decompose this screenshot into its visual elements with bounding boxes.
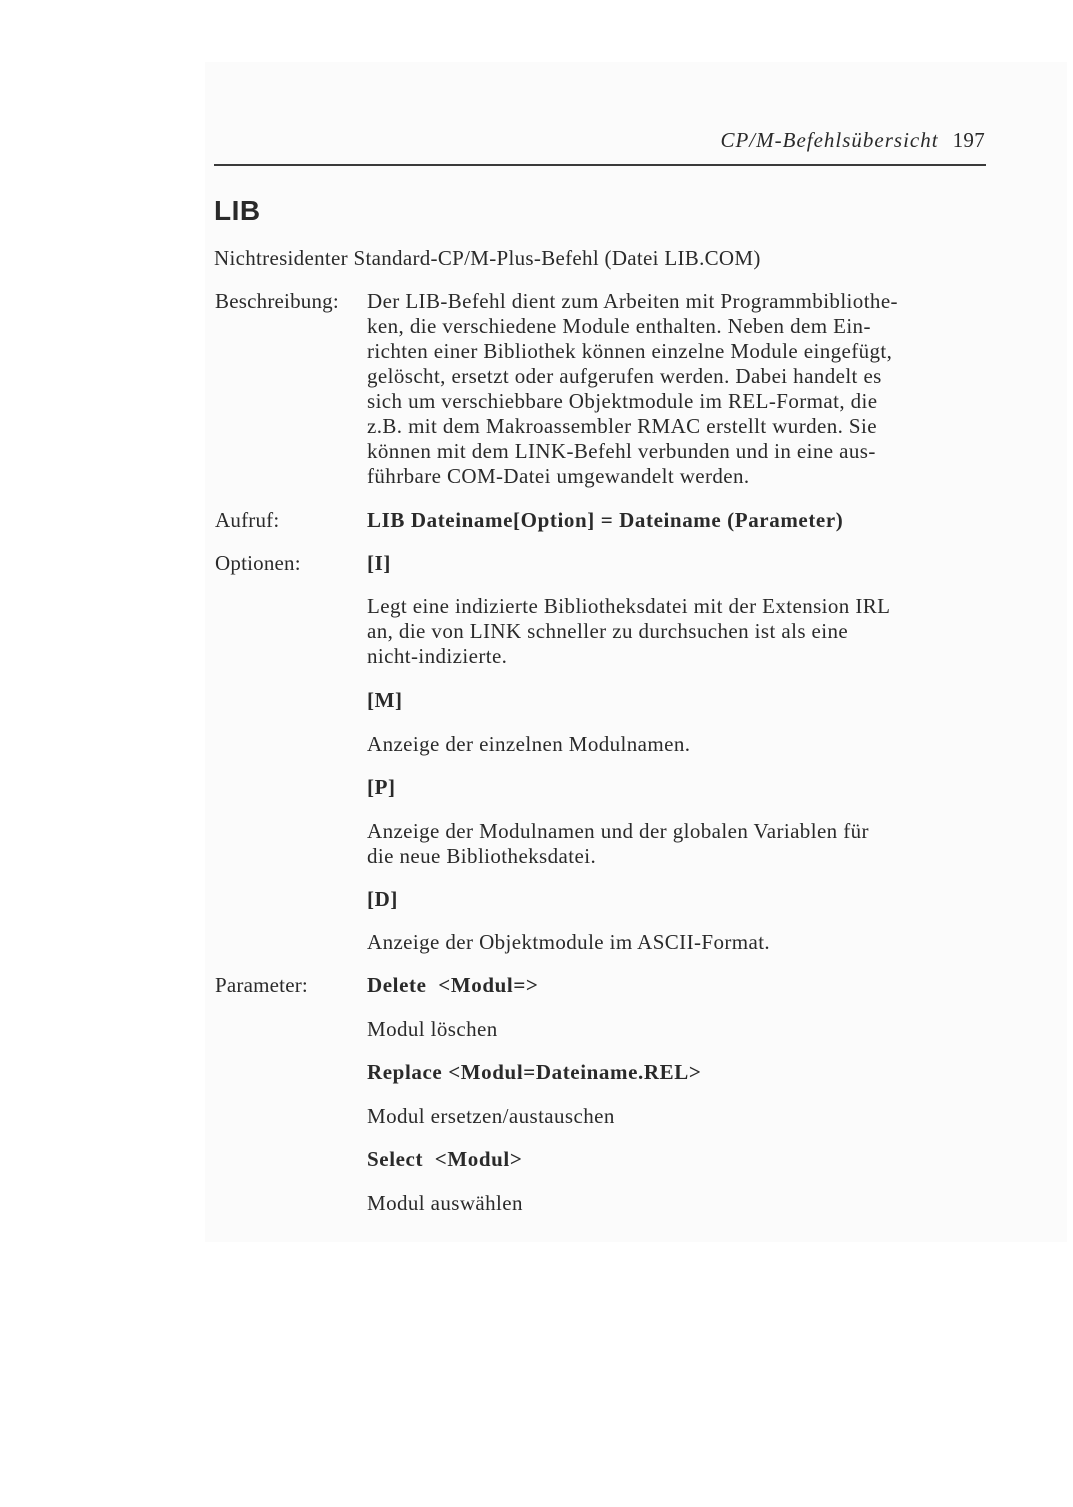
option-key-p: [P]	[367, 775, 985, 800]
description-line: führbare COM-Datei umgewandelt werden.	[367, 464, 985, 489]
running-header: CP/M-Befehlsübersicht197	[215, 128, 985, 158]
option-desc-line: Anzeige der Modulnamen und der globalen …	[367, 819, 985, 844]
option-desc-i: Legt eine indizierte Bibliotheksdatei mi…	[367, 594, 985, 669]
page-number: 197	[953, 128, 985, 152]
option-desc-m: Anzeige der einzelnen Modulnamen.	[367, 732, 985, 757]
option-key-d: [D]	[367, 887, 985, 912]
options-label: Optionen:	[215, 551, 301, 576]
running-title: CP/M-Befehlsübersicht	[720, 128, 938, 152]
description-line: sich um verschiebbare Objektmodule im RE…	[367, 389, 985, 414]
description-line: können mit dem LINK-Befehl verbunden und…	[367, 439, 985, 464]
option-key-i: [I]	[367, 551, 985, 576]
description-line: richten einer Bibliothek können einzelne…	[367, 339, 985, 364]
option-desc-p: Anzeige der Modulnamen und der globalen …	[367, 819, 985, 869]
description-label: Beschreibung:	[215, 289, 339, 314]
command-subtitle: Nichtresidenter Standard-CP/M-Plus-Befeh…	[214, 246, 761, 271]
header-rule	[214, 164, 986, 166]
option-desc-line: die neue Bibliotheksdatei.	[367, 844, 985, 869]
option-key-m: [M]	[367, 688, 985, 713]
param-key-delete: Delete <Modul=>	[367, 973, 985, 998]
description-line: Der LIB-Befehl dient zum Arbeiten mit Pr…	[367, 289, 985, 314]
param-desc-delete: Modul löschen	[367, 1017, 985, 1042]
param-key-select: Select <Modul>	[367, 1147, 985, 1172]
option-desc-line: Legt eine indizierte Bibliotheksdatei mi…	[367, 594, 985, 619]
option-desc-d: Anzeige der Objektmodule im ASCII-Format…	[367, 930, 985, 955]
param-desc-select: Modul auswählen	[367, 1191, 985, 1216]
option-desc-line: nicht-indizierte.	[367, 644, 985, 669]
command-title: LIB	[214, 195, 261, 227]
param-key-replace: Replace <Modul=Dateiname.REL>	[367, 1060, 985, 1085]
parameters-label: Parameter:	[215, 973, 308, 998]
param-desc-replace: Modul ersetzen/austauschen	[367, 1104, 985, 1129]
option-desc-line: an, die von LINK schneller zu durchsuche…	[367, 619, 985, 644]
description-line: z.B. mit dem Makroassembler RMAC erstell…	[367, 414, 985, 439]
description-text: Der LIB-Befehl dient zum Arbeiten mit Pr…	[367, 289, 985, 489]
description-line: gelöscht, ersetzt oder aufgerufen werden…	[367, 364, 985, 389]
call-syntax: LIB Dateiname[Option] = Dateiname (Param…	[367, 508, 985, 533]
description-line: ken, die verschiedene Module enthalten. …	[367, 314, 985, 339]
call-label: Aufruf:	[215, 508, 279, 533]
